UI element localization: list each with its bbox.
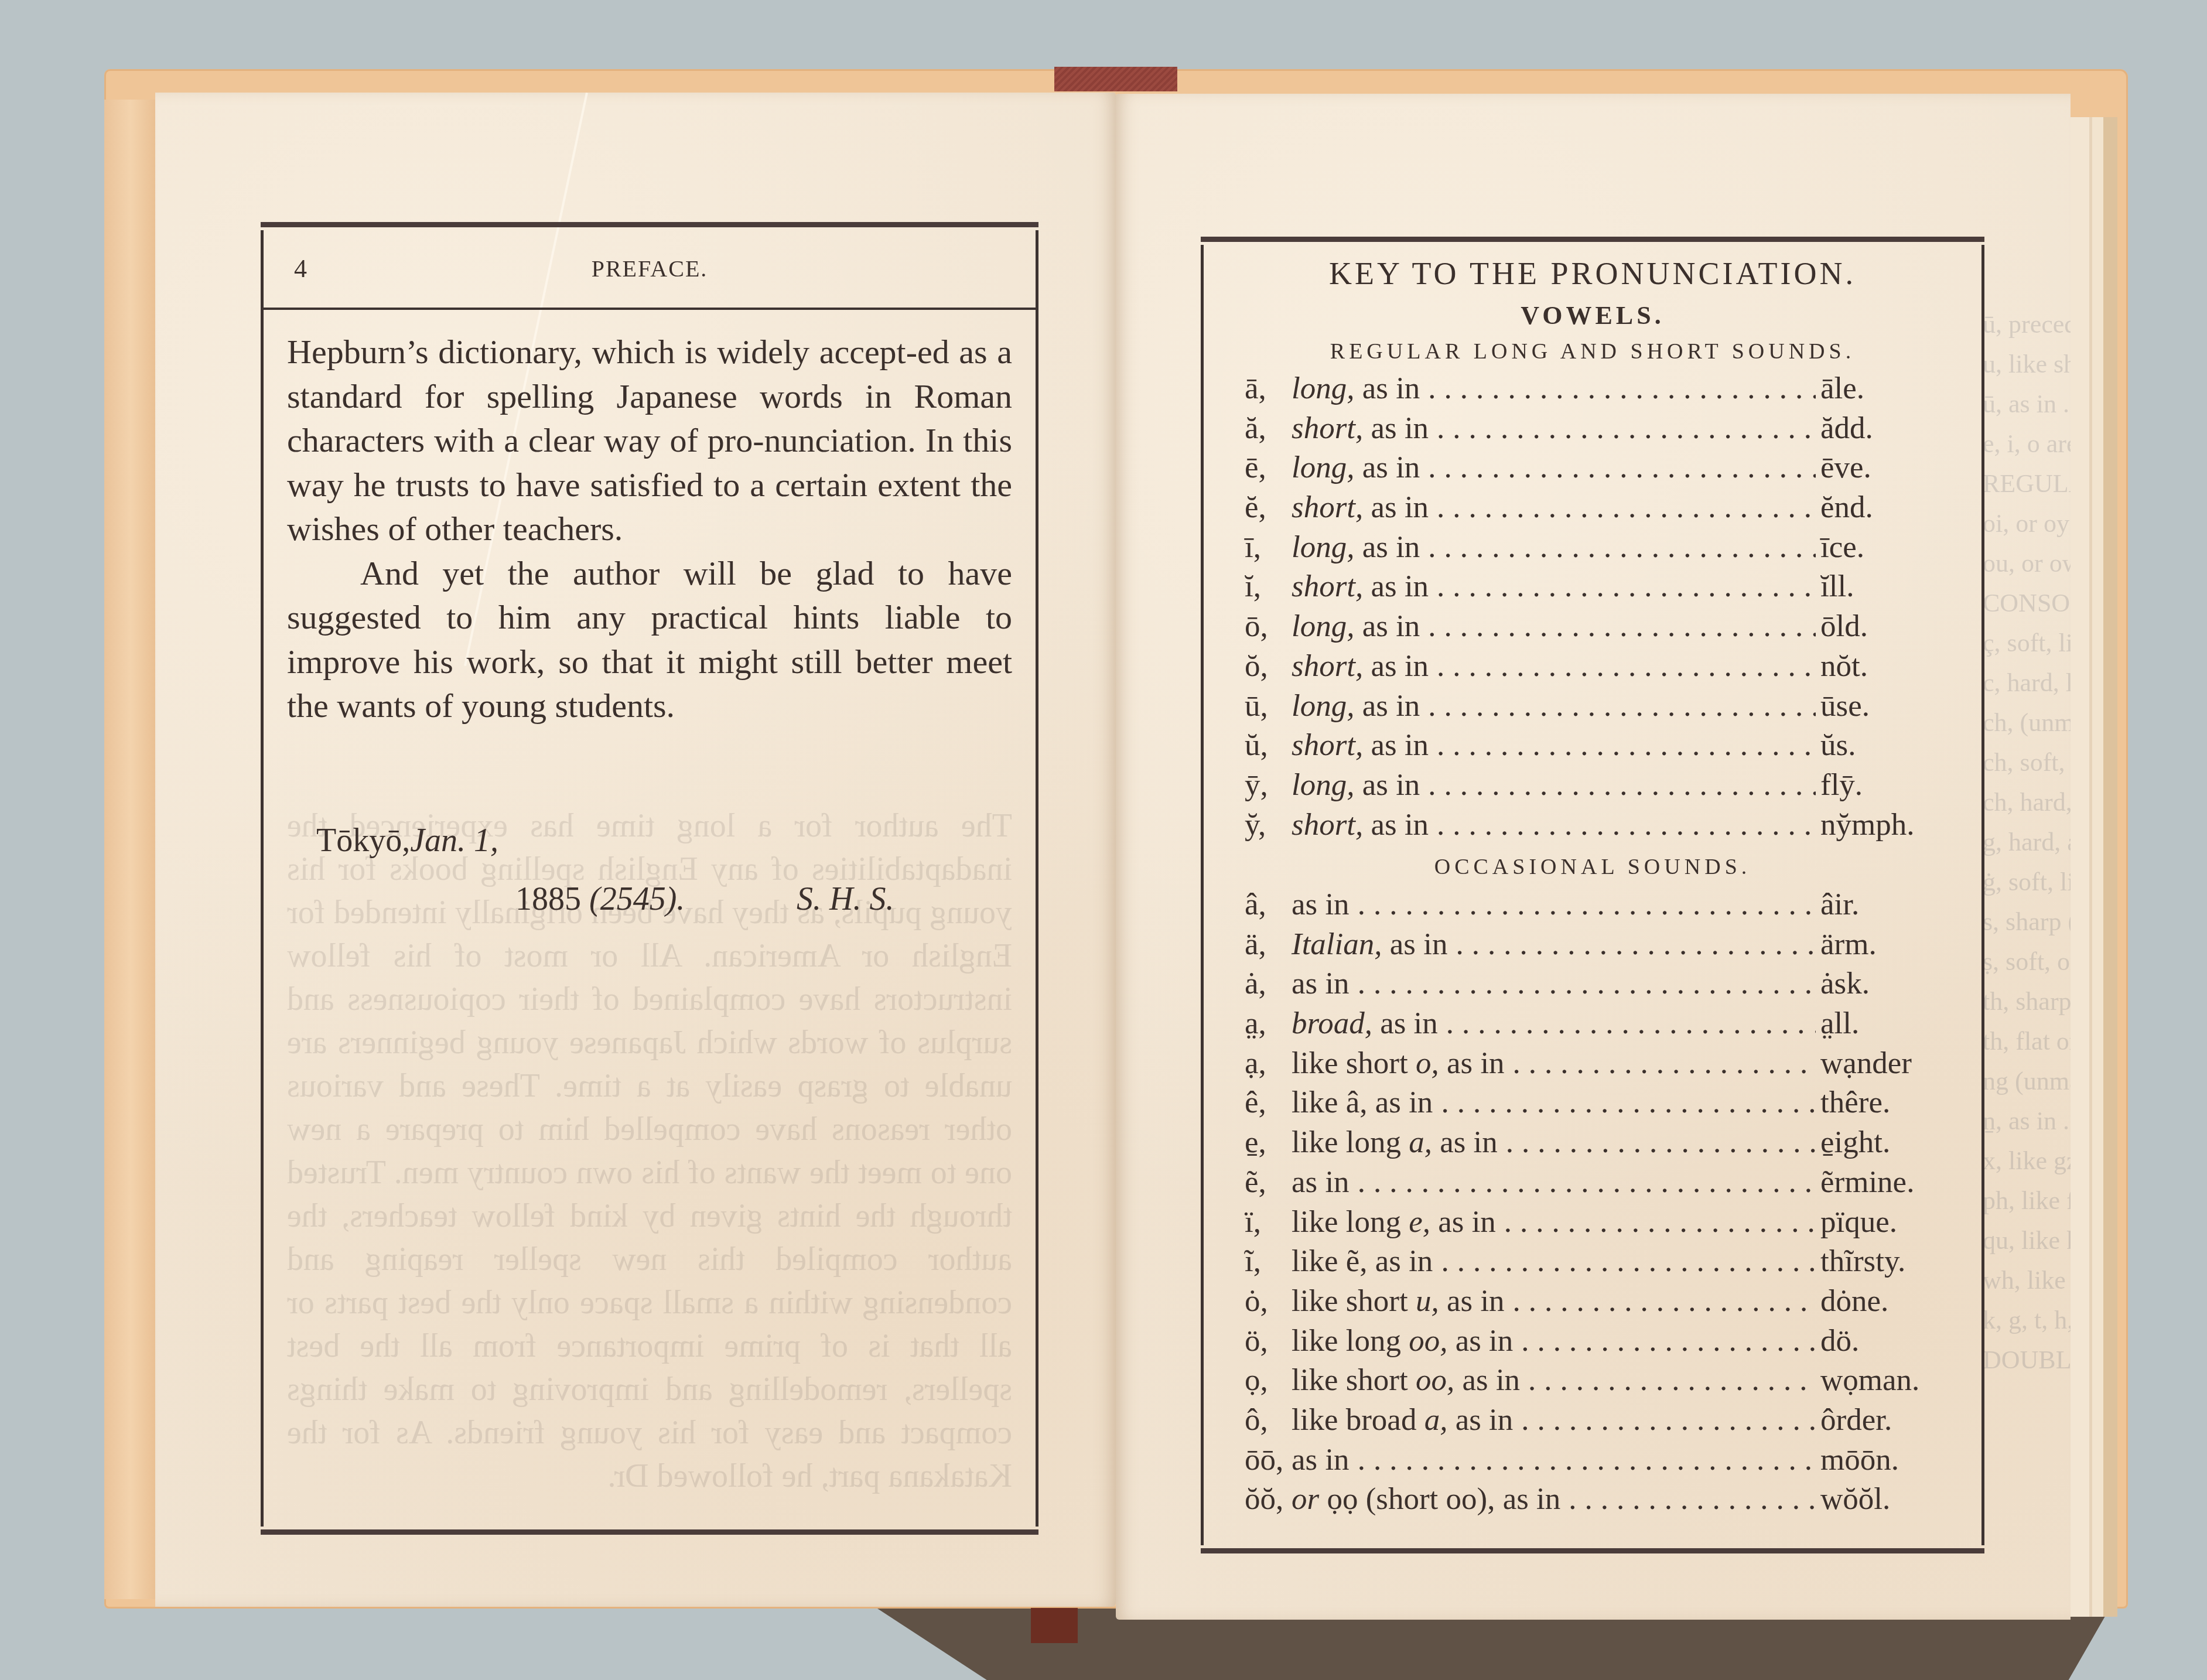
vowel-symbol: ö, xyxy=(1245,1322,1292,1361)
vowel-symbol: ī, xyxy=(1245,528,1292,568)
key-row: ē,long, as in...........................… xyxy=(1245,448,1958,488)
key-row: ū,long, as in...........................… xyxy=(1245,687,1958,726)
vowel-description: or ọọ (short oo), as in xyxy=(1292,1480,1560,1519)
key-row: a̤,broad, as in.........................… xyxy=(1245,1004,1958,1044)
example-word: âir. xyxy=(1816,885,1958,925)
example-word: wọman. xyxy=(1816,1361,1958,1401)
vowel-symbol: ï, xyxy=(1245,1203,1292,1242)
vowel-description: like short o, as in xyxy=(1292,1044,1505,1084)
example-word: pïque. xyxy=(1816,1203,1958,1242)
key-row: ō,long, as in...........................… xyxy=(1245,607,1958,647)
dot-leader: ........................................ xyxy=(1498,1123,1816,1163)
page-edges xyxy=(2071,117,2117,1617)
vowel-symbol: ĕ, xyxy=(1245,488,1292,528)
vowel-description: like long e, as in xyxy=(1292,1203,1496,1242)
key-row: ï,like long e, as in....................… xyxy=(1245,1203,1958,1242)
example-word: ĭll. xyxy=(1816,567,1958,607)
vowel-symbol: ȳ, xyxy=(1245,766,1292,805)
key-row: ĕ,short, as in..........................… xyxy=(1245,488,1958,528)
key-row: ōō,as in................................… xyxy=(1245,1440,1958,1480)
date: Jan. 1, xyxy=(410,822,498,859)
key-row: ȳ,long, as in...........................… xyxy=(1245,766,1958,805)
example-word: ẽrmine. xyxy=(1816,1163,1958,1203)
running-head-title: PREFACE. xyxy=(264,255,1036,282)
example-word: nŏt. xyxy=(1816,647,1958,687)
vowel-description: long, as in xyxy=(1292,448,1420,488)
frame-top-rule xyxy=(1201,237,1984,242)
vowel-symbol: ọ, xyxy=(1245,1361,1292,1401)
vowel-symbol: ŏ, xyxy=(1245,647,1292,687)
vowel-symbol: ȧ, xyxy=(1245,964,1292,1004)
example-word: ūse. xyxy=(1816,687,1958,726)
key-title: KEY TO THE PRONUNCIATION. xyxy=(1204,255,1981,292)
example-word: a̤ll. xyxy=(1816,1004,1958,1044)
example-word: thĩrsty. xyxy=(1816,1242,1958,1282)
vowel-description: long, as in xyxy=(1292,528,1420,568)
vowel-description: short, as in xyxy=(1292,409,1429,449)
key-row: â,as in.................................… xyxy=(1245,885,1958,925)
vowel-description: short, as in xyxy=(1292,805,1429,845)
vowel-symbol: ạ, xyxy=(1245,1044,1292,1084)
example-word: ȧsk. xyxy=(1816,964,1958,1004)
dot-leader: ........................................ xyxy=(1429,726,1816,766)
dot-leader: ........................................ xyxy=(1420,687,1816,726)
dot-leader: ........................................ xyxy=(1350,1440,1816,1480)
dot-leader: ........................................ xyxy=(1420,448,1816,488)
example-word: ădd. xyxy=(1816,409,1958,449)
dot-leader: ........................................ xyxy=(1429,805,1816,845)
vowel-description: like long a, as in xyxy=(1292,1123,1498,1163)
frame-bottom-rule xyxy=(261,1529,1038,1535)
running-header: 4 PREFACE. xyxy=(264,230,1036,310)
key-row: ô,like broad a, as in...................… xyxy=(1245,1401,1958,1440)
occasional-sounds-list: â,as in.................................… xyxy=(1245,885,1958,1519)
frame-top-rule xyxy=(261,222,1038,227)
year-alt: (2545). xyxy=(589,881,685,917)
dot-leader: ........................................ xyxy=(1429,488,1816,528)
dot-leader: ........................................ xyxy=(1496,1203,1816,1242)
key-row: ŏŏ,or ọọ (short oo), as in..............… xyxy=(1245,1480,1958,1519)
dot-leader: ........................................ xyxy=(1560,1480,1816,1519)
spine-tailband xyxy=(1031,1608,1078,1643)
dot-leader: ........................................ xyxy=(1350,885,1816,925)
example-word: ny̆mph. xyxy=(1816,805,1958,845)
vowel-description: long, as in xyxy=(1292,607,1420,647)
year-line: 1885 (2545). xyxy=(515,880,685,918)
vowel-description: like long oo, as in xyxy=(1292,1322,1513,1361)
vowel-description: as in xyxy=(1292,885,1350,925)
year: 1885 xyxy=(515,881,581,917)
occasional-sounds-heading: OCCASIONAL SOUNDS. xyxy=(1204,854,1981,880)
vowel-description: as in xyxy=(1292,1163,1350,1203)
example-word: wạnder xyxy=(1816,1044,1958,1084)
key-row: ĭ,short, as in..........................… xyxy=(1245,567,1958,607)
key-row: ā,long, as in...........................… xyxy=(1245,369,1958,409)
left-page-frame: 4 PREFACE. The author for a long time ha… xyxy=(261,230,1038,1527)
vowel-description: long, as in xyxy=(1292,687,1420,726)
vowel-description: like ẽ, as in xyxy=(1292,1242,1433,1282)
vowel-description: short, as in xyxy=(1292,567,1429,607)
example-word: ärm. xyxy=(1816,925,1958,965)
key-row: ä,Italian, as in........................… xyxy=(1245,925,1958,965)
vowel-symbol: e̱, xyxy=(1245,1123,1292,1163)
vowel-symbol: ē, xyxy=(1245,448,1292,488)
key-row: ö,like long oo, as in...................… xyxy=(1245,1322,1958,1361)
key-row: ẽ,as in.................................… xyxy=(1245,1163,1958,1203)
key-row: ă,short, as in..........................… xyxy=(1245,409,1958,449)
dot-leader: ........................................ xyxy=(1520,1361,1816,1401)
vowel-description: like short u, as in xyxy=(1292,1282,1505,1322)
vowel-symbol: ŏŏ, xyxy=(1245,1480,1292,1519)
key-row: ŭ,short, as in..........................… xyxy=(1245,726,1958,766)
dot-leader: ........................................ xyxy=(1429,647,1816,687)
bleed-through-margin: ū, preceded by r, as in . . rūde. u, lik… xyxy=(1983,305,2071,1418)
key-row: ọ,like short oo, as in..................… xyxy=(1245,1361,1958,1401)
dot-leader: ........................................ xyxy=(1438,1004,1816,1044)
dot-leader: ........................................ xyxy=(1350,964,1816,1004)
example-word: flȳ. xyxy=(1816,766,1958,805)
dot-leader: ........................................ xyxy=(1420,369,1816,409)
preface-paragraph-1: Hepburn’s dictionary, which is widely ac… xyxy=(287,330,1012,551)
dot-leader: ........................................ xyxy=(1433,1242,1816,1282)
example-word: wŏŏl. xyxy=(1816,1480,1958,1519)
example-word: ôrder. xyxy=(1816,1401,1958,1440)
vowel-description: like broad a, as in xyxy=(1292,1401,1513,1440)
vowel-symbol: ȯ, xyxy=(1245,1282,1292,1322)
dot-leader: ........................................ xyxy=(1433,1083,1816,1123)
preface-paragraph-2: And yet the author will be glad to have … xyxy=(287,551,1012,728)
signature: S. H. S. xyxy=(797,880,894,918)
dot-leader: ........................................ xyxy=(1420,607,1816,647)
vowel-symbol: ō, xyxy=(1245,607,1292,647)
key-row: y̆,short, as in.........................… xyxy=(1245,805,1958,845)
key-row: ê,like â, as in.........................… xyxy=(1245,1083,1958,1123)
vowel-symbol: ă, xyxy=(1245,409,1292,449)
example-word: ēve. xyxy=(1816,448,1958,488)
example-word: ŭs. xyxy=(1816,726,1958,766)
vowel-symbol: ā, xyxy=(1245,369,1292,409)
dot-leader: ........................................ xyxy=(1420,766,1816,805)
key-row: e̱,like long a, as in...................… xyxy=(1245,1123,1958,1163)
example-word: mōōn. xyxy=(1816,1440,1958,1480)
key-row: ȯ,like short u, as in...................… xyxy=(1245,1282,1958,1322)
dot-leader: ........................................ xyxy=(1420,528,1816,568)
vowel-symbol: ê, xyxy=(1245,1083,1292,1123)
vowel-symbol: ẽ, xyxy=(1245,1163,1292,1203)
vowel-description: short, as in xyxy=(1292,726,1429,766)
vowel-description: as in xyxy=(1292,964,1350,1004)
place: Tōkyō, xyxy=(316,822,410,859)
vowel-symbol: ĩ, xyxy=(1245,1242,1292,1282)
dot-leader: ........................................ xyxy=(1429,409,1816,449)
vowel-symbol: y̆, xyxy=(1245,805,1292,845)
dot-leader: ........................................ xyxy=(1505,1282,1816,1322)
example-word: dö. xyxy=(1816,1322,1958,1361)
regular-sounds-list: ā,long, as in...........................… xyxy=(1245,369,1958,845)
example-word: e̱ight. xyxy=(1816,1123,1958,1163)
example-word: ōld. xyxy=(1816,607,1958,647)
vowels-heading: VOWELS. xyxy=(1204,301,1981,330)
vowel-description: Italian, as in xyxy=(1292,925,1447,965)
dot-leader: ........................................ xyxy=(1429,567,1816,607)
vowel-symbol: ĭ, xyxy=(1245,567,1292,607)
vowel-description: long, as in xyxy=(1292,766,1420,805)
vowel-symbol: ū, xyxy=(1245,687,1292,726)
key-row: ĩ,like ẽ, as in.........................… xyxy=(1245,1242,1958,1282)
place-date: Tōkyō,Jan. 1, xyxy=(316,822,498,859)
example-word: dȯne. xyxy=(1816,1282,1958,1322)
spine-headband xyxy=(1054,67,1177,91)
key-row: ī,long, as in...........................… xyxy=(1245,528,1958,568)
key-row: ȧ,as in.................................… xyxy=(1245,964,1958,1004)
example-word: ĕnd. xyxy=(1816,488,1958,528)
vowel-symbol: ô, xyxy=(1245,1401,1292,1440)
dot-leader: ........................................ xyxy=(1505,1044,1816,1084)
vowel-symbol: ŭ, xyxy=(1245,726,1292,766)
vowel-description: like â, as in xyxy=(1292,1083,1433,1123)
vowel-symbol: ōō, xyxy=(1245,1440,1292,1480)
vowel-symbol: â, xyxy=(1245,885,1292,925)
vowel-description: as in xyxy=(1292,1440,1350,1480)
dot-leader: ........................................ xyxy=(1513,1322,1816,1361)
right-page-frame: KEY TO THE PRONUNCIATION. VOWELS. REGULA… xyxy=(1201,245,1984,1545)
dot-leader: ........................................ xyxy=(1447,925,1816,965)
dot-leader: ........................................ xyxy=(1513,1401,1816,1440)
dot-leader: ........................................ xyxy=(1350,1163,1816,1203)
key-row: ạ,like short o, as in...................… xyxy=(1245,1044,1958,1084)
vowel-description: broad, as in xyxy=(1292,1004,1438,1044)
frame-bottom-rule xyxy=(1201,1548,1984,1553)
cover-board-edge xyxy=(104,100,157,1599)
key-row: ŏ,short, as in..........................… xyxy=(1245,647,1958,687)
example-word: īce. xyxy=(1816,528,1958,568)
vowel-description: like short oo, as in xyxy=(1292,1361,1520,1401)
vowel-symbol: ä, xyxy=(1245,925,1292,965)
vowel-symbol: a̤, xyxy=(1245,1004,1292,1044)
vowel-description: long, as in xyxy=(1292,369,1420,409)
vowel-description: short, as in xyxy=(1292,488,1429,528)
regular-sounds-heading: REGULAR LONG AND SHORT SOUNDS. xyxy=(1204,339,1981,364)
vowel-description: short, as in xyxy=(1292,647,1429,687)
example-word: thêre. xyxy=(1816,1083,1958,1123)
preface-body: Hepburn’s dictionary, which is widely ac… xyxy=(287,330,1012,728)
example-word: āle. xyxy=(1816,369,1958,409)
